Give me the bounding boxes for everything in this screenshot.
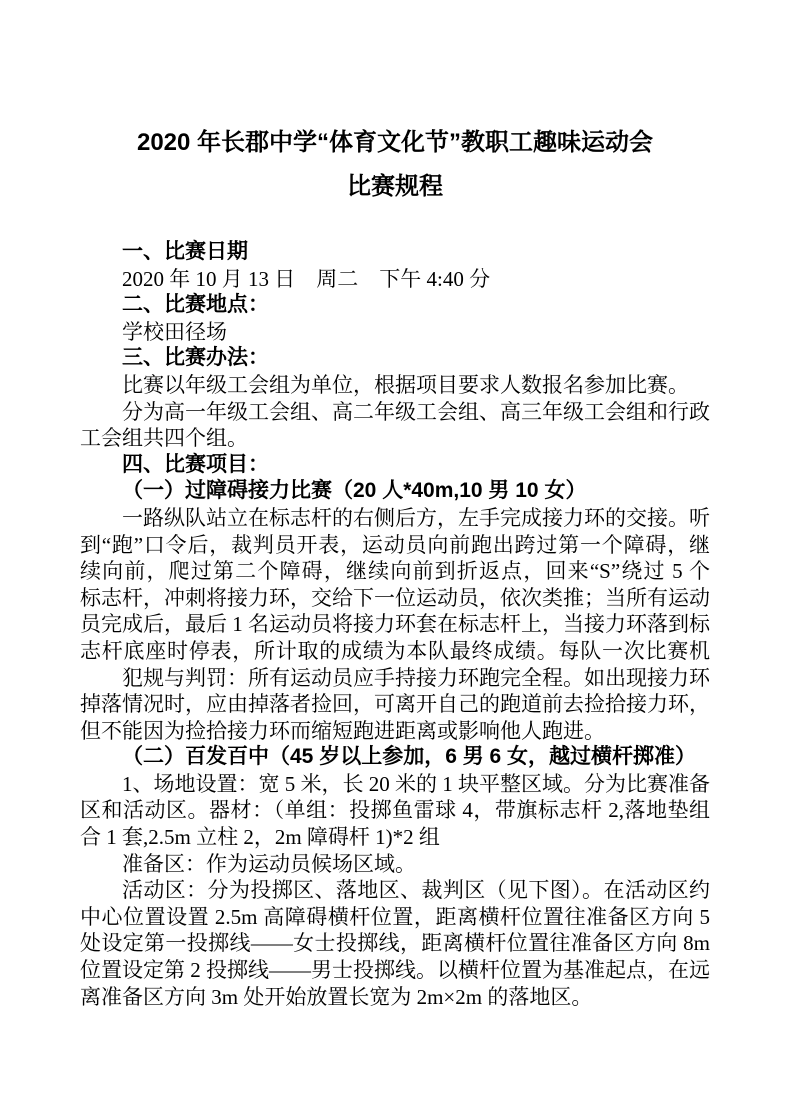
doc-heading-line: （二）百发百中（45 岁以上参加，6 男 6 女，越过横杆掷准） — [80, 744, 710, 771]
doc-text-line: 区和活动区。器材：（单组：投掷鱼雷球 4，带旗标志杆 2,落地垫组 — [80, 797, 710, 824]
doc-text-line: 员完成后，最后 1 名运动员将接力环套在标志杆上，当接力环落到标 — [80, 611, 710, 638]
doc-text-line: 处设定第一投掷线——女士投掷线，距离横杆位置往准备区方向 8m — [80, 930, 710, 957]
doc-text-line: 犯规与判罚：所有运动员应手持接力环跑完全程。如出现接力环 — [80, 665, 710, 692]
doc-text-line: 位置设定第 2 投掷线——男士投掷线。以横杆位置为基准起点，在远 — [80, 957, 710, 984]
doc-text-line: 到“跑”口令后，裁判员开表，运动员向前跑出跨过第一个障碍，继 — [80, 532, 710, 559]
doc-text-line: 一路纵队站立在标志杆的右侧后方，左手完成接力环的交接。听 — [80, 505, 710, 532]
doc-body: 一、比赛日期2020 年 10 月 13 日 周二 下午 4:40 分二、比赛地… — [80, 239, 710, 1010]
doc-text-line: 掉落情况时，应由掉落者捡回，可离开自己的跑道前去捡拾接力环， — [80, 691, 710, 718]
doc-text-line: 中心位置设置 2.5m 高障碍横杆位置，距离横杆位置往准备区方向 5m — [80, 904, 710, 931]
doc-text-line: 2020 年 10 月 13 日 周二 下午 4:40 分 — [80, 266, 710, 293]
doc-text-line: 活动区：分为投掷区、落地区、裁判区（见下图）。在活动区约 — [80, 877, 710, 904]
doc-text-line: 工会组共四个组。 — [80, 425, 710, 452]
doc-heading-line: （一）过障碍接力比赛（20 人*40m,10 男 10 女） — [80, 478, 710, 505]
doc-text-line: 续向前，爬过第二个障碍，继续向前到折返点，回来“S”绕过 5 个 — [80, 558, 710, 585]
doc-heading-line: 三、比赛办法： — [80, 345, 710, 372]
doc-heading-line: 二、比赛地点： — [80, 292, 710, 319]
doc-text-line: 学校田径场 — [80, 319, 710, 346]
doc-text-line: 准备区：作为运动员候场区域。 — [80, 851, 710, 878]
doc-text-line: 1、场地设置：宽 5 米，长 20 米的 1 块平整区域。分为比赛准备 — [80, 771, 710, 798]
doc-heading-line: 一、比赛日期 — [80, 239, 710, 266]
doc-text-line: 标志杆，冲刺将接力环，交给下一位运动员，依次类推；当所有运动 — [80, 585, 710, 612]
doc-text-line: 志杆底座时停表，所计取的成绩为本队最终成绩。每队一次比赛机会。 — [80, 638, 710, 665]
doc-heading-line: 四、比赛项目： — [80, 452, 710, 479]
document-page: 2020 年长郡中学“体育文化节”教职工趣味运动会 比赛规程 一、比赛日期202… — [0, 0, 794, 1108]
doc-title-line2: 比赛规程 — [80, 165, 710, 209]
doc-text-line: 比赛以年级工会组为单位，根据项目要求人数报名参加比赛。 — [80, 372, 710, 399]
doc-text-line: 分为高一年级工会组、高二年级工会组、高三年级工会组和行政 — [80, 399, 710, 426]
doc-title-line1: 2020 年长郡中学“体育文化节”教职工趣味运动会 — [80, 121, 710, 165]
doc-text-line: 合 1 套,2.5m 立柱 2，2m 障碍杆 1)*2 组 — [80, 824, 710, 851]
doc-text-line: 离准备区方向 3m 处开始放置长宽为 2m×2m 的落地区。 — [80, 984, 710, 1011]
doc-text-line: 但不能因为捡拾接力环而缩短跑进距离或影响他人跑进。 — [80, 718, 710, 745]
